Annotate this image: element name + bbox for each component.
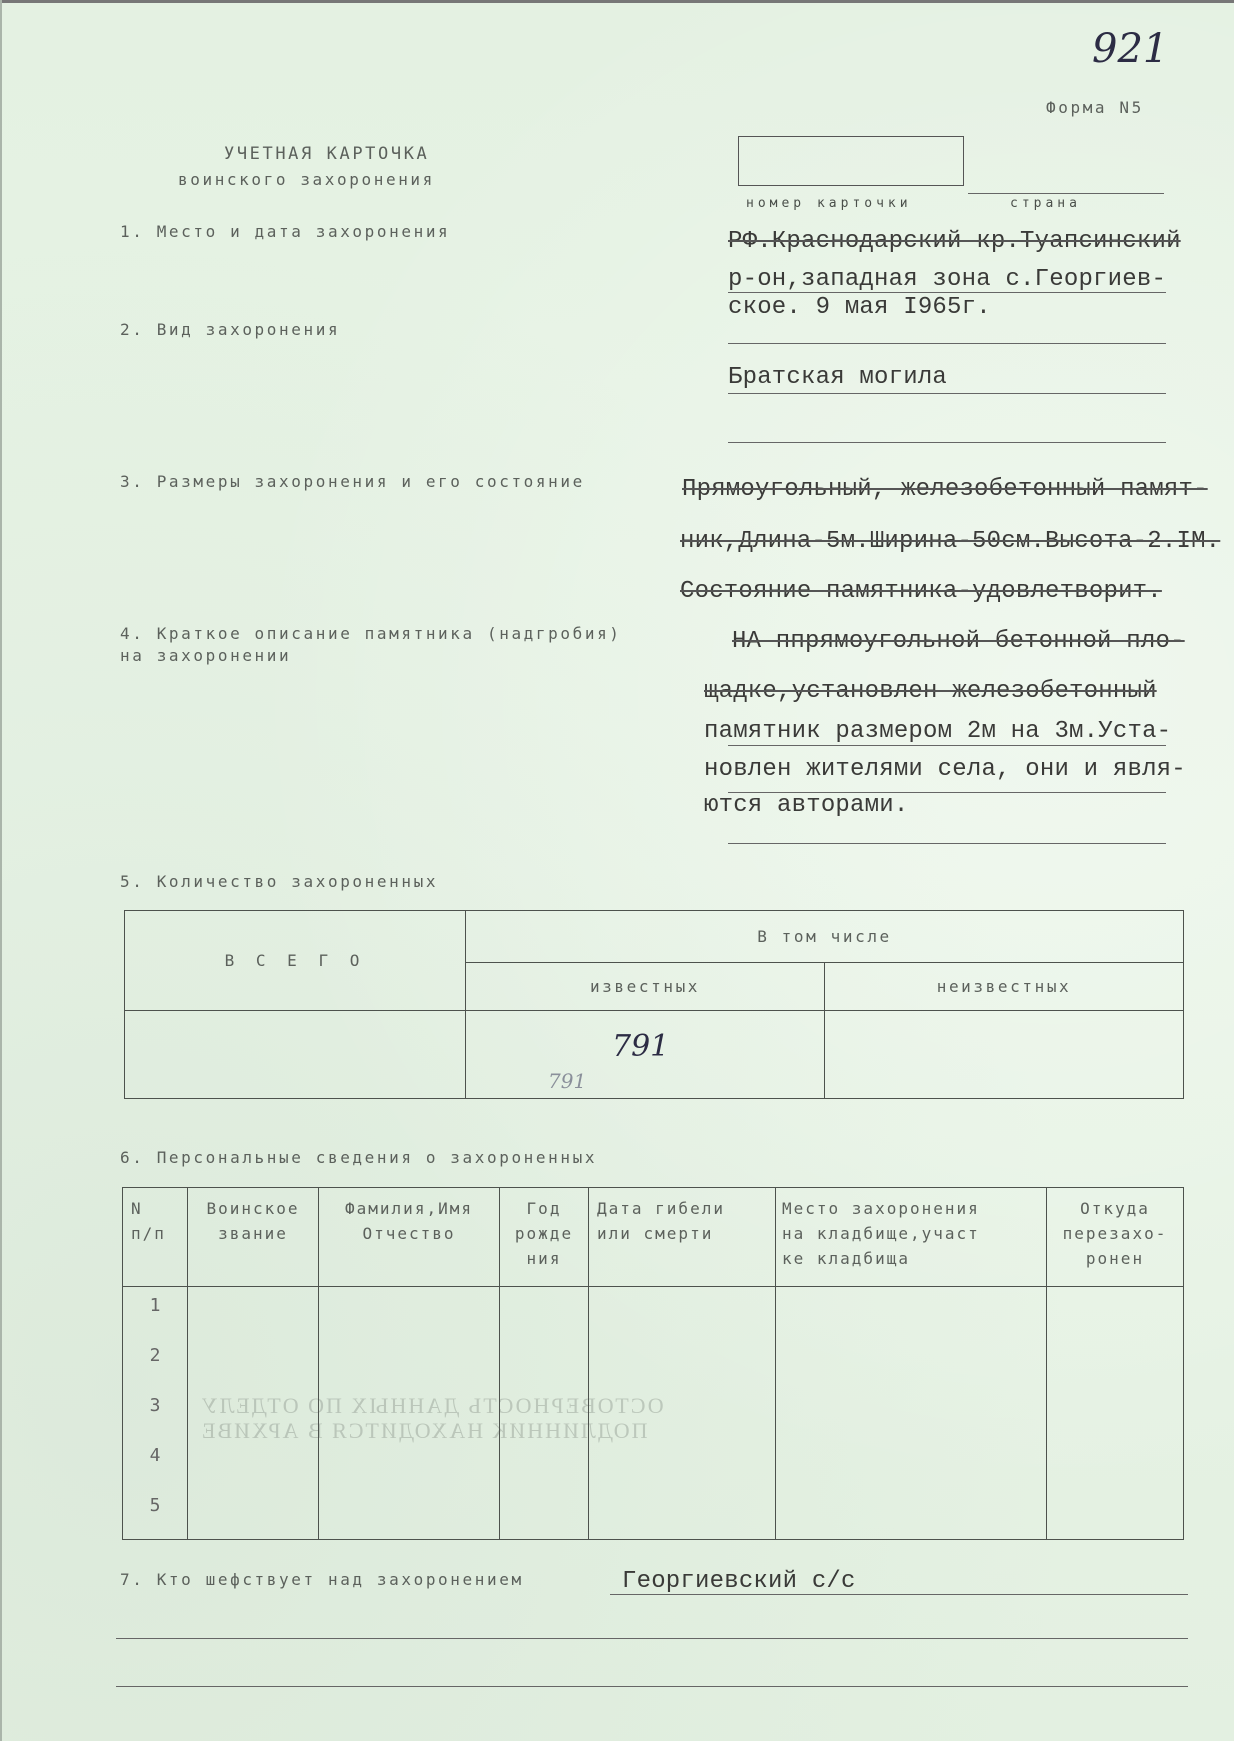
total-header-text: В С Е Г О (225, 951, 366, 970)
section-7-underline-2 (116, 1638, 1188, 1639)
known-header: известных (466, 963, 825, 1011)
col-header-line: Фамилия,Имя (319, 1196, 499, 1221)
section-7-label: 7. Кто шефствует над захоронением (120, 1570, 524, 1589)
section-1-line-1: РФ.Краснодарский кр.Туапсинский (728, 228, 1181, 255)
birth-year-cell (500, 1287, 589, 1540)
col-header-line: п/п (131, 1221, 187, 1246)
col-header-name: Фамилия,ИмяОтчество (319, 1188, 500, 1287)
card-subtitle: воинского захоронения (178, 170, 435, 189)
section-4-line-5: ются авторами. (704, 792, 908, 819)
country-field-line (968, 193, 1164, 194)
including-header-text: В том числе (757, 927, 892, 946)
section-1-label: 1. Место и дата захоронения (120, 222, 450, 241)
section-7-underline-3 (116, 1686, 1188, 1687)
section-3-label: 3. Размеры захоронения и его состояние (120, 472, 585, 491)
condition-line: Состояние памятника-удовлетворит. (680, 578, 1162, 605)
col-header-line: Место захоронения (782, 1196, 1046, 1221)
section-1-underline-2 (728, 343, 1166, 344)
col-header-reburied-from: Откудаперезахо-ронен (1047, 1188, 1184, 1287)
section-2-label: 2. Вид захоронения (120, 320, 340, 339)
burial-type-value: Братская могила (728, 364, 947, 391)
row-number: 5 (123, 1489, 187, 1539)
row-number: 2 (123, 1339, 187, 1389)
reburied-from-cell (1047, 1287, 1184, 1540)
personal-data-table: Nп/п Воинскоезвание Фамилия,ИмяОтчество … (122, 1187, 1184, 1540)
card-number-field[interactable] (738, 136, 964, 186)
section-2-underline-2 (728, 442, 1166, 443)
burial-place-cell (776, 1287, 1047, 1540)
known-value: 791 (612, 1029, 669, 1064)
unknown-header: неизвестных (825, 963, 1184, 1011)
death-date-cell (589, 1287, 776, 1540)
section-7-underline (610, 1594, 1188, 1595)
name-cell (319, 1287, 500, 1540)
col-header-burial-place: Место захороненияна кладбище,участке кла… (776, 1188, 1047, 1287)
description-line-2: щадке,установлен железобетонный (704, 678, 1157, 705)
section-4-line-4: новлен жителями села, они и явля- (704, 756, 1186, 783)
including-header: В том числе (466, 911, 1184, 963)
rank-cell (188, 1287, 319, 1540)
col-header-line: рожде (500, 1221, 588, 1246)
row-number: 1 (123, 1289, 187, 1339)
col-header-line: или смерти (597, 1221, 775, 1246)
col-header-number: Nп/п (123, 1188, 188, 1287)
row-number: 3 (123, 1389, 187, 1439)
section-3-line-2: ник,Длина-5м.Ширина-50см.Высота-2.IM. (680, 528, 1220, 555)
country-label: страна (1010, 196, 1081, 211)
known-value-cell: 791 791 (466, 1011, 825, 1099)
card-title: УЧЕТНАЯ КАРТОЧКА (224, 144, 429, 164)
section-4-label-line-1: 4. Краткое описание памятника (надгробия… (120, 624, 622, 643)
col-header-line: Дата гибели (597, 1196, 775, 1221)
col-header-line: звание (188, 1221, 318, 1246)
col-header-birth-year: Годрождения (500, 1188, 589, 1287)
section-4-label-line-2: на захоронении (120, 646, 291, 665)
col-header-line: ке кладбища (782, 1246, 1046, 1271)
section-3-line-3: Состояние памятника-удовлетворит. (680, 578, 1162, 605)
section-3-line-1: Прямоугольный, железобетонный памят- (682, 476, 1208, 503)
section-1-line-3: ское. 9 мая I965г. (728, 294, 991, 321)
patron-value: Георгиевский с/с (622, 1568, 856, 1595)
burial-place-line-1: РФ.Краснодарский кр.Туапсинский (728, 228, 1181, 255)
col-header-line: Воинское (188, 1196, 318, 1221)
section-4-line-3: памятник размером 2м на 3м.Уста- (704, 718, 1171, 745)
col-header-line: N (131, 1196, 187, 1221)
section-1-underline (728, 292, 1166, 293)
scan-top-edge (0, 0, 1234, 3)
form-label: Форма N5 (1046, 98, 1144, 117)
card-number-label: номер карточки (746, 196, 912, 211)
scan-left-edge (0, 0, 2, 1741)
row-numbers-cell: 1 2 3 4 5 (123, 1287, 188, 1540)
col-header-line: Год (500, 1196, 588, 1221)
col-header-line: ния (500, 1246, 588, 1271)
table-body-row: 1 2 3 4 5 (123, 1287, 1184, 1540)
total-header: В С Е Г О (125, 911, 466, 1011)
known-header-text: известных (590, 977, 700, 996)
col-header-line: ронен (1047, 1246, 1183, 1271)
section-5-label: 5. Количество захороненных (120, 872, 438, 891)
dimensions-line-1: Прямоугольный, железобетонный памят- (682, 476, 1208, 503)
section-1-line-2: р-он,западная зона с.Георгиев- (728, 266, 1166, 293)
row-number: 4 (123, 1439, 187, 1489)
description-line-1: НА ппрямоугольной бетонной пло- (732, 628, 1185, 655)
unknown-value-cell (825, 1011, 1184, 1099)
dimensions-line-2: ник,Длина-5м.Ширина-50см.Высота-2.IM. (680, 528, 1220, 555)
section-4-underline (728, 745, 1166, 746)
section-4-underline-3 (728, 843, 1166, 844)
archive-number: 921 (1092, 26, 1168, 72)
col-header-line: на кладбище,участ (782, 1221, 1046, 1246)
col-header-rank: Воинскоезвание (188, 1188, 319, 1287)
section-4-line-2: щадке,установлен железобетонный (704, 678, 1157, 705)
section-4-line-1: НА ппрямоугольной бетонной пло- (732, 628, 1185, 655)
section-6-label: 6. Персональные сведения о захороненных (120, 1148, 597, 1167)
col-header-line: перезахо- (1047, 1221, 1183, 1246)
burial-count-table: В С Е Г О В том числе известных неизвест… (124, 910, 1184, 1099)
col-header-line: Отчество (319, 1221, 499, 1246)
section-2-underline (728, 393, 1166, 394)
unknown-header-text: неизвестных (937, 977, 1072, 996)
known-value-pencil: 791 (548, 1069, 586, 1093)
col-header-death-date: Дата гибелиили смерти (589, 1188, 776, 1287)
col-header-line: Откуда (1047, 1196, 1183, 1221)
total-value-cell (125, 1011, 466, 1099)
